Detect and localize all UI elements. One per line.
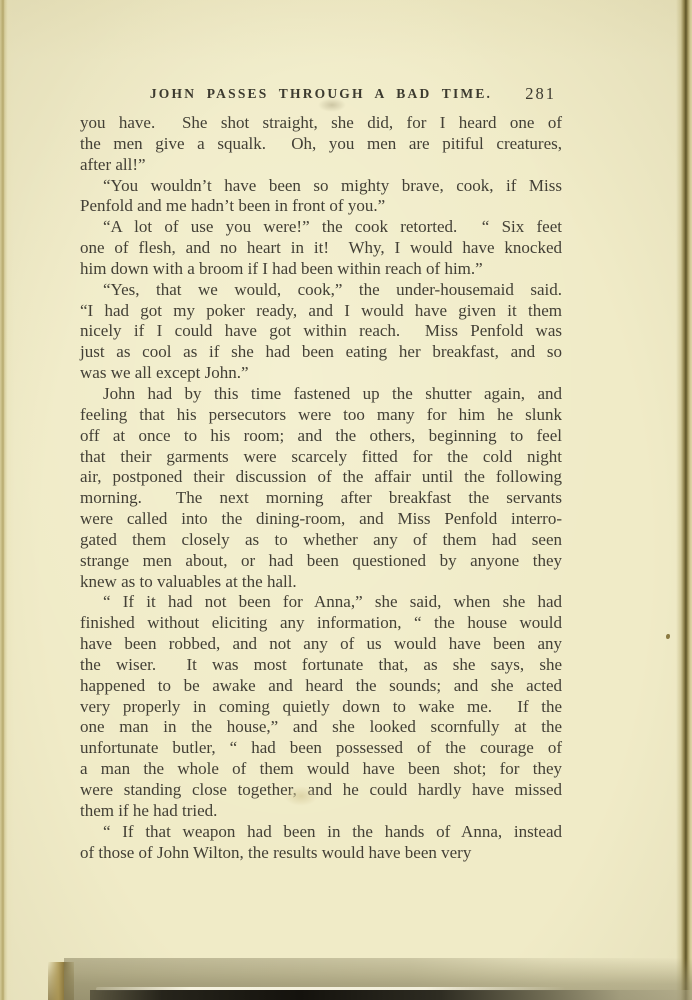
text-block: you have. She shot straight, she did, fo…	[80, 113, 562, 863]
text-line: after all!”	[80, 155, 562, 176]
text-line: morning. The next morning after breakfas…	[80, 488, 562, 509]
page-right-edge-shadow	[676, 0, 692, 1000]
text-line: one of flesh, and no heart in it! Why, I…	[80, 238, 562, 259]
text-line: happened to be awake and heard the sound…	[80, 676, 562, 697]
paragraph: John had by this time fastened up the sh…	[80, 384, 562, 592]
text-line: off at once to his room; and the others,…	[80, 426, 562, 447]
text-line: nicely if I could have got within reach.…	[80, 321, 562, 342]
text-line: “I had got my poker ready, and I would h…	[80, 301, 562, 322]
paper-smudge	[284, 786, 318, 806]
text-line: gated them closely as to whether any of …	[80, 530, 562, 551]
text-line: John had by this time fastened up the sh…	[80, 384, 562, 405]
text-line: knew as to valuables at the hall.	[80, 572, 562, 593]
text-line: were called into the dining-room, and Mi…	[80, 509, 562, 530]
text-line: feeling that his persecutors were too ma…	[80, 405, 562, 426]
text-line: were standing close together, and he cou…	[80, 780, 562, 801]
text-line: Penfold and me hadn’t been in front of y…	[80, 196, 562, 217]
paragraph: you have. She shot straight, she did, fo…	[80, 113, 562, 176]
paragraph: “A lot of use you were!” the cook retort…	[80, 217, 562, 280]
text-line: a man the whole of them would have been …	[80, 759, 562, 780]
ink-speck	[666, 634, 670, 639]
text-line: unfortunate butler, “ had been possessed…	[80, 738, 562, 759]
text-line: you have. She shot straight, she did, fo…	[80, 113, 562, 134]
text-line: him down with a broom if I had been with…	[80, 259, 562, 280]
text-line: the wiser. It was most fortunate that, a…	[80, 655, 562, 676]
page-left-edge-crease	[0, 0, 14, 1000]
text-line: “Yes, that we would, cook,” the under-ho…	[80, 280, 562, 301]
text-line: them if he had tried.	[80, 801, 562, 822]
text-line: one man in the house,” and she looked sc…	[80, 717, 562, 738]
text-line: was we all except John.”	[80, 363, 562, 384]
paragraph: “ If that weapon had been in the hands o…	[80, 822, 562, 864]
text-line: have been robbed, and not any of us woul…	[80, 634, 562, 655]
text-line: finished without eliciting any informati…	[80, 613, 562, 634]
paper-smudge	[318, 98, 346, 112]
paragraph: “ If it had not been for Anna,” she said…	[80, 592, 562, 821]
text-line: very properly in coming quietly down to …	[80, 697, 562, 718]
paragraph: “Yes, that we would, cook,” the under-ho…	[80, 280, 562, 384]
text-line: just as cool as if she had been eating h…	[80, 342, 562, 363]
text-line: the men give a squalk. Oh, you men are p…	[80, 134, 562, 155]
text-line: that their garments were scarcely fitted…	[80, 447, 562, 468]
text-line: “You wouldn’t have been so mighty brave,…	[80, 176, 562, 197]
text-line: “ If that weapon had been in the hands o…	[80, 822, 562, 843]
text-line: “A lot of use you were!” the cook retort…	[80, 217, 562, 238]
book-page-scan: JOHN PASSES THROUGH A BAD TIME. 281 you …	[0, 0, 692, 1000]
text-line: air, postponed their discussion of the a…	[80, 467, 562, 488]
paragraph: “You wouldn’t have been so mighty brave,…	[80, 176, 562, 218]
text-line: strange men about, or had been questione…	[80, 551, 562, 572]
page-number: 281	[525, 84, 556, 104]
text-line: “ If it had not been for Anna,” she said…	[80, 592, 562, 613]
scan-bottom-dark-band	[90, 990, 692, 1000]
text-line: of those of John Wilton, the results wou…	[80, 843, 562, 864]
